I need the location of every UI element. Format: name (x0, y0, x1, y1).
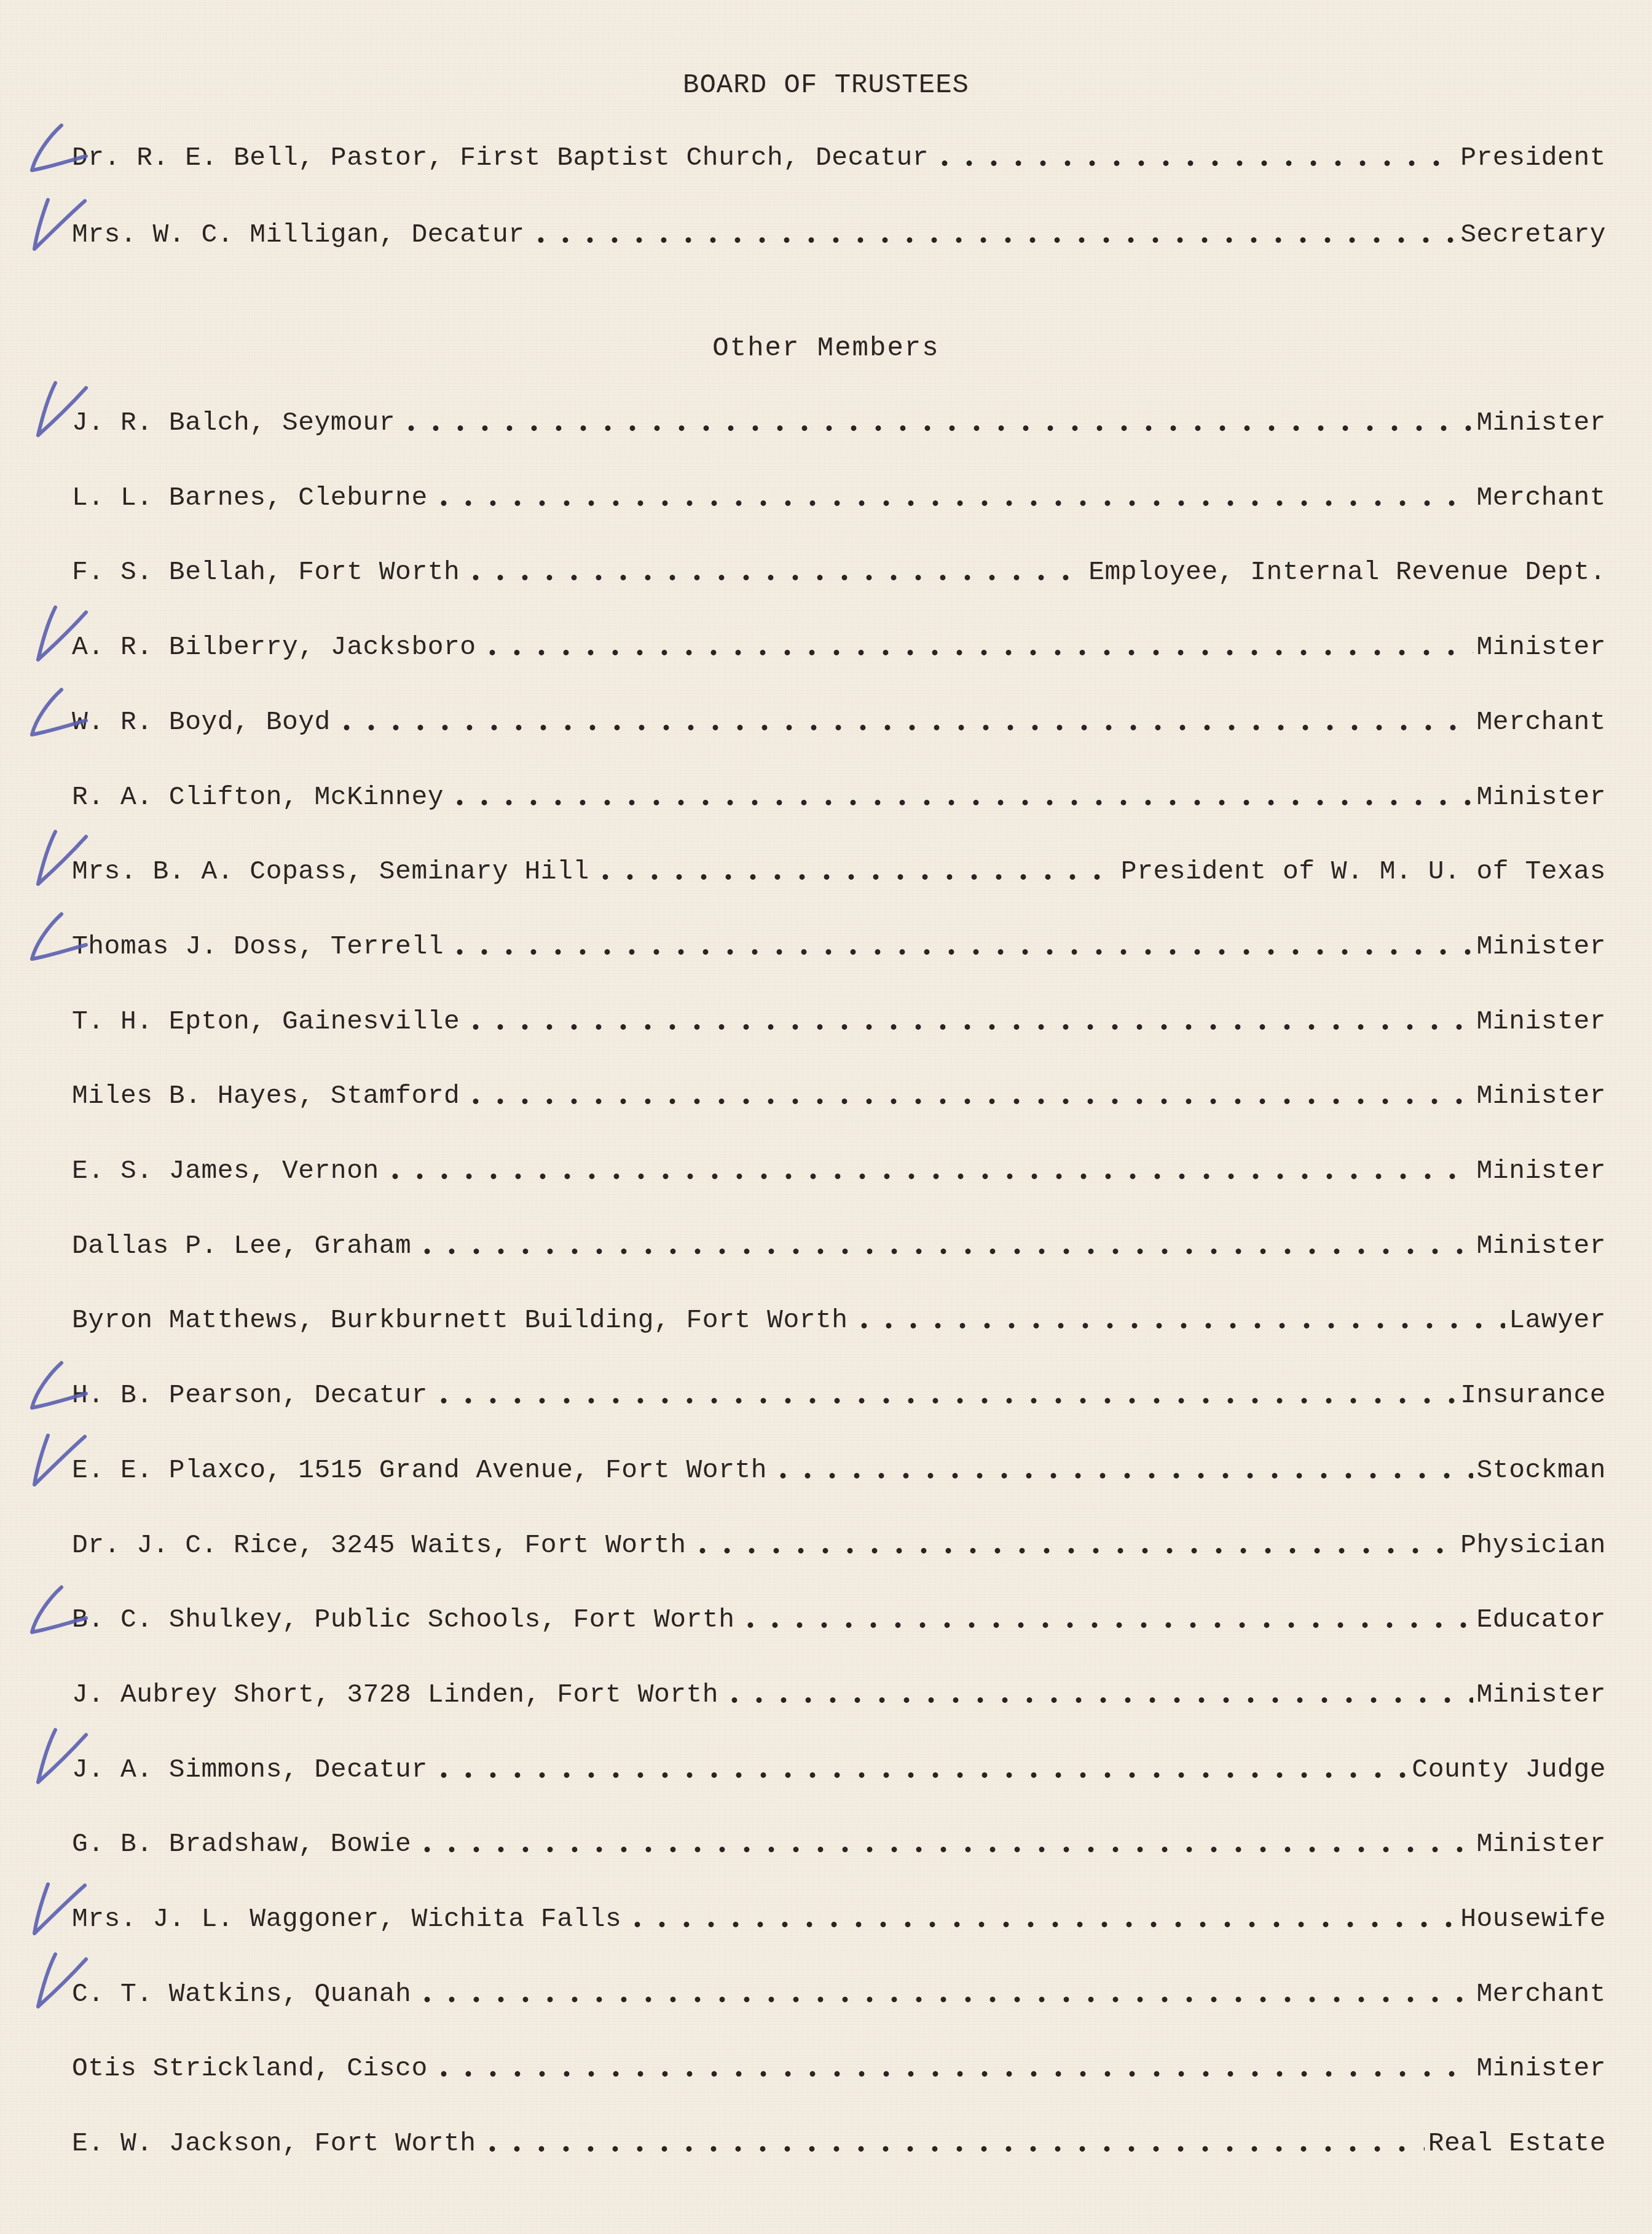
member-name: F. S. Bellah, Fort Worth (72, 559, 460, 585)
member-name: T. H. Epton, Gainesville (72, 1008, 460, 1035)
member-name: G. B. Bradshaw, Bowie (72, 1831, 411, 1857)
member-name: E. E. Plaxco, 1515 Grand Avenue, Fort Wo… (72, 1457, 767, 1483)
member-name: Mrs. W. C. Milligan, Decatur (72, 221, 525, 248)
officer-row: Mrs. W. C. Milligan, DecaturSecretary (72, 213, 1606, 248)
member-role: Lawyer (1509, 1307, 1606, 1333)
member-role: Minister (1477, 409, 1606, 436)
member-role: President of W. M. U. of Texas (1121, 858, 1606, 885)
member-row: Mrs. B. A. Copass, Seminary HillPresiden… (72, 850, 1606, 885)
member-row: T. H. Epton, GainesvilleMinister (72, 1000, 1606, 1035)
member-row: Dallas P. Lee, GrahamMinister (72, 1225, 1606, 1259)
member-role: Minister (1477, 1233, 1606, 1259)
member-row: E. W. Jackson, Fort WorthReal Estate (72, 2122, 1606, 2157)
member-role: Minister (1477, 1158, 1606, 1184)
dot-leader (690, 1531, 1457, 1558)
member-name: C. T. Watkins, Quanah (72, 1981, 411, 2007)
dot-leader (447, 933, 1473, 960)
member-role: County Judge (1412, 1756, 1606, 1783)
member-role: Minister (1477, 1083, 1606, 1109)
member-role: Minister (1477, 933, 1606, 960)
page-title: BOARD OF TRUSTEES (0, 72, 1652, 99)
member-row: H. B. Pearson, DecaturInsurance (72, 1374, 1606, 1408)
member-name: H. B. Pearson, Decatur (72, 1382, 428, 1408)
dot-leader (593, 858, 1117, 885)
dot-leader (415, 1232, 1473, 1259)
member-role: President (1460, 144, 1606, 171)
member-name: E. S. James, Vernon (72, 1158, 379, 1184)
member-row: Mrs. J. L. Waggoner, Wichita FallsHousew… (72, 1898, 1606, 1932)
member-row: L. L. Barnes, CleburneMerchant (72, 476, 1606, 511)
member-name: A. R. Bilberry, Jacksboro (72, 634, 476, 660)
dot-leader (334, 708, 1473, 735)
member-role: Stockman (1477, 1457, 1606, 1483)
dot-leader (722, 1681, 1473, 1708)
member-role: Minister (1477, 1008, 1606, 1035)
member-name: Otis Strickland, Cisco (72, 2055, 428, 2082)
dot-leader (771, 1456, 1473, 1483)
dot-leader (399, 409, 1473, 436)
member-role: Minister (1477, 1681, 1606, 1708)
member-role: Minister (1477, 634, 1606, 660)
member-role: Physician (1460, 1532, 1606, 1558)
member-role: Merchant (1477, 484, 1606, 511)
dot-leader (415, 1980, 1473, 2007)
member-row: J. R. Balch, SeymourMinister (72, 401, 1606, 436)
member-role: Housewife (1460, 1906, 1606, 1932)
member-role: Merchant (1477, 709, 1606, 735)
dot-leader (431, 2054, 1473, 2082)
dot-leader (625, 1905, 1457, 1932)
dot-leader (415, 1830, 1473, 1857)
member-name: L. L. Barnes, Cleburne (72, 484, 428, 511)
member-role: Merchant (1477, 1981, 1606, 2007)
member-name: Mrs. J. L. Waggoner, Wichita Falls (72, 1906, 621, 1932)
member-name: J. R. Balch, Seymour (72, 409, 395, 436)
member-name: Byron Matthews, Burkburnett Building, Fo… (72, 1307, 848, 1333)
member-role: Insurance (1460, 1382, 1606, 1408)
member-row: Thomas J. Doss, TerrellMinister (72, 925, 1606, 960)
member-row: Otis Strickland, CiscoMinister (72, 2047, 1606, 2082)
dot-leader (447, 783, 1473, 810)
dot-leader (431, 484, 1473, 511)
member-name: J. Aubrey Short, 3728 Linden, Fort Worth (72, 1681, 718, 1708)
member-row: J. Aubrey Short, 3728 Linden, Fort Worth… (72, 1673, 1606, 1708)
dot-leader (932, 144, 1457, 171)
member-name: Dr. J. C. Rice, 3245 Waits, Fort Worth (72, 1532, 686, 1558)
dot-leader (431, 1381, 1457, 1408)
member-name: Thomas J. Doss, Terrell (72, 933, 444, 960)
member-row: C. T. Watkins, QuanahMerchant (72, 1973, 1606, 2007)
member-row: E. S. James, VernonMinister (72, 1150, 1606, 1184)
member-name: Dallas P. Lee, Graham (72, 1233, 411, 1259)
member-row: J. A. Simmons, DecaturCounty Judge (72, 1748, 1606, 1783)
member-row: A. R. Bilberry, JacksboroMinister (72, 626, 1606, 660)
member-row: Miles B. Hayes, StamfordMinister (72, 1075, 1606, 1109)
member-role: Minister (1477, 784, 1606, 810)
member-name: E. W. Jackson, Fort Worth (72, 2130, 476, 2157)
member-name: R. A. Clifton, McKinney (72, 784, 444, 810)
member-row: B. C. Shulkey, Public Schools, Fort Wort… (72, 1598, 1606, 1633)
member-row: Dr. J. C. Rice, 3245 Waits, Fort WorthPh… (72, 1524, 1606, 1558)
member-row: R. A. Clifton, McKinneyMinister (72, 776, 1606, 810)
member-name: Miles B. Hayes, Stamford (72, 1083, 460, 1109)
member-role: Secretary (1460, 221, 1606, 248)
members-subheading: Other Members (0, 335, 1652, 362)
member-row: E. E. Plaxco, 1515 Grand Avenue, Fort Wo… (72, 1449, 1606, 1483)
member-role: Employee, Internal Revenue Dept. (1088, 559, 1606, 585)
dot-leader (738, 1606, 1473, 1633)
dot-leader (463, 558, 1085, 585)
member-name: J. A. Simmons, Decatur (72, 1756, 428, 1783)
dot-leader (852, 1306, 1506, 1333)
member-role: Minister (1477, 1831, 1606, 1857)
member-name: W. R. Boyd, Boyd (72, 709, 331, 735)
member-row: G. B. Bradshaw, BowieMinister (72, 1823, 1606, 1857)
dot-leader (480, 2129, 1425, 2157)
dot-leader (383, 1157, 1473, 1184)
dot-leader (529, 221, 1457, 248)
dot-leader (463, 1008, 1473, 1035)
member-role: Minister (1477, 2055, 1606, 2082)
dot-leader (463, 1082, 1473, 1109)
member-row: F. S. Bellah, Fort WorthEmployee, Intern… (72, 551, 1606, 585)
member-role: Real Estate (1428, 2130, 1606, 2157)
member-role: Educator (1477, 1606, 1606, 1633)
member-name: B. C. Shulkey, Public Schools, Fort Wort… (72, 1606, 734, 1633)
member-name: Mrs. B. A. Copass, Seminary Hill (72, 858, 589, 885)
dot-leader (431, 1756, 1409, 1783)
officer-row: Dr. R. E. Bell, Pastor, First Baptist Ch… (72, 136, 1606, 171)
member-row: Byron Matthews, Burkburnett Building, Fo… (72, 1299, 1606, 1333)
dot-leader (480, 633, 1473, 660)
member-name: Dr. R. E. Bell, Pastor, First Baptist Ch… (72, 144, 929, 171)
member-row: W. R. Boyd, BoydMerchant (72, 701, 1606, 735)
